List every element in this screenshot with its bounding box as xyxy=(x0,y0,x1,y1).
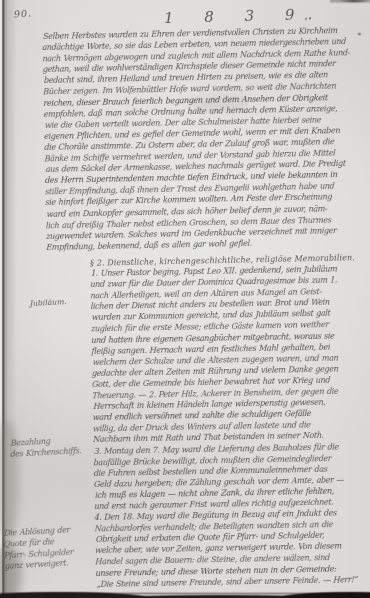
page-number: 90. xyxy=(14,8,33,20)
body-text-block-1: Selben Herbstes wurden zu Ehren der verd… xyxy=(42,24,370,252)
year-heading: 1 8 3 9. xyxy=(164,5,326,27)
corner-smudge xyxy=(330,0,370,6)
margin-note-quota: Die Ablösung derQuote für diePfarr- Schu… xyxy=(3,524,74,572)
ink-speck xyxy=(358,33,361,35)
body-text-block-2: 1. Unser Pastor beging, Papst Leo XII. g… xyxy=(90,263,370,590)
margin-note-jubilaeum: Jubiläum. xyxy=(30,297,67,309)
handwritten-line: des Kirchenschiffs. xyxy=(10,445,81,460)
ink-speck xyxy=(305,18,307,20)
bottom-edge-shadow xyxy=(0,584,370,598)
margin-note-payment: Bezahlungdes Kirchenschiffs. xyxy=(9,434,81,460)
handwritten-line: ganz verweigert. xyxy=(5,557,74,572)
manuscript-page: 90. 1 8 3 9. Selben Herbstes wurden zu E… xyxy=(0,0,370,598)
